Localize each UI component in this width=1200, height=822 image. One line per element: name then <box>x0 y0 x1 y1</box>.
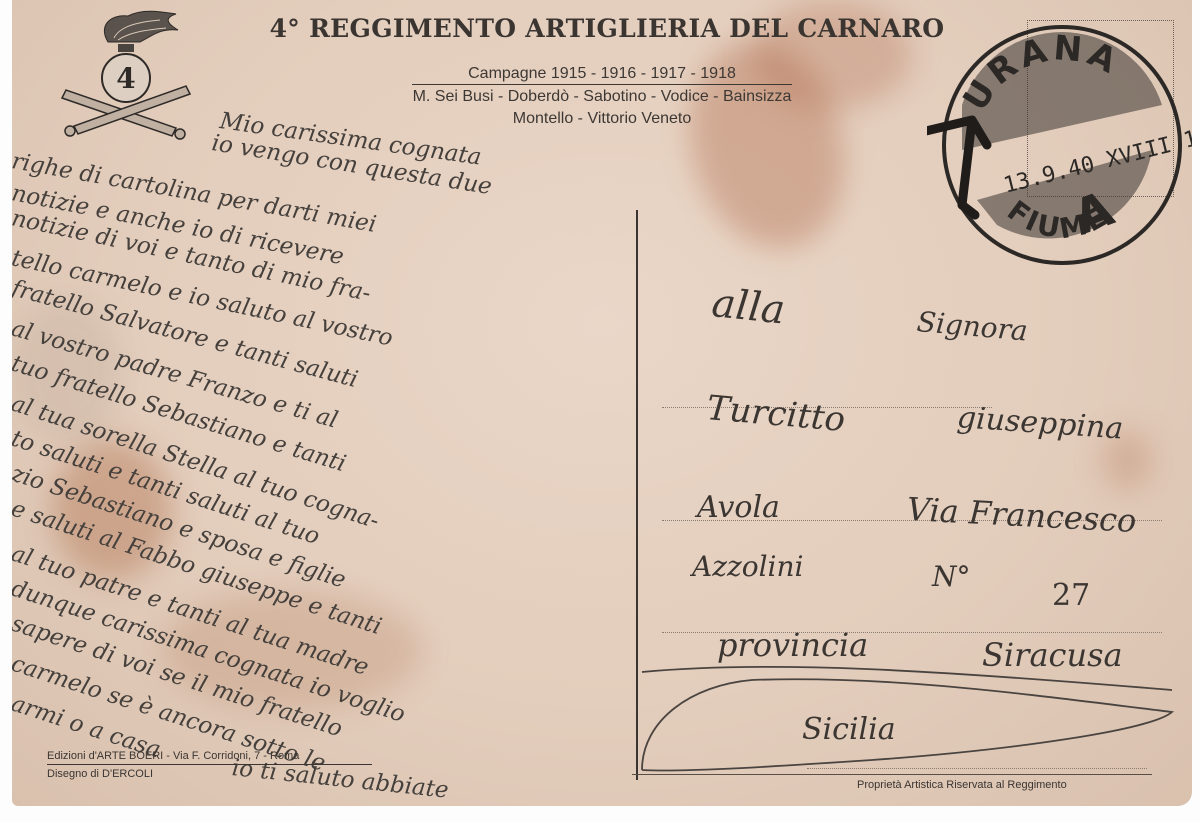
svg-text:4: 4 <box>116 62 135 95</box>
address-surname: Turcitto <box>705 388 847 440</box>
campaigns-line: Campagne 1915 - 1916 - 1917 - 1918 <box>412 64 792 85</box>
address-street-cont: Azzolini <box>692 550 803 583</box>
address-street: Via Francesco <box>906 490 1137 540</box>
designer-credit: Disegno di D'ERCOLI <box>47 768 153 780</box>
postmark-icon: URANA 13.9.40 XVIII 11 A FIUME <box>927 10 1192 280</box>
flaming-grenade-crossed-cannons-icon: 4 <box>48 6 208 146</box>
rights-notice: Proprietà Artistica Riservata al Reggime… <box>857 779 1067 791</box>
address-first-name: giuseppina <box>956 400 1125 447</box>
page-title: 4° REGGIMENTO ARTIGLIERIA DEL CARNARO <box>207 14 1007 43</box>
battles-line-2: Montello - Vittorio Veneto <box>402 110 802 128</box>
sicily-outline-doodle <box>632 660 1192 780</box>
address-title: Signora <box>916 305 1029 348</box>
battles-line-1: M. Sei Busi - Doberdò - Sabotino - Vodic… <box>312 88 892 106</box>
address-region: Sicilia <box>802 712 896 747</box>
address-town: Avola <box>697 490 780 525</box>
postcard: 4 4° REGGIMENTO ARTIGLIERIA DEL CARNARO … <box>12 0 1192 806</box>
address-salutation: alla <box>710 280 788 333</box>
address-province-label: provincia <box>717 626 868 664</box>
publisher-credit: Edizioni d'ARTE BOERI - Via F. Corridoni… <box>47 750 372 765</box>
address-number: 27 <box>1052 578 1090 613</box>
address-number-label: N° <box>932 560 971 593</box>
